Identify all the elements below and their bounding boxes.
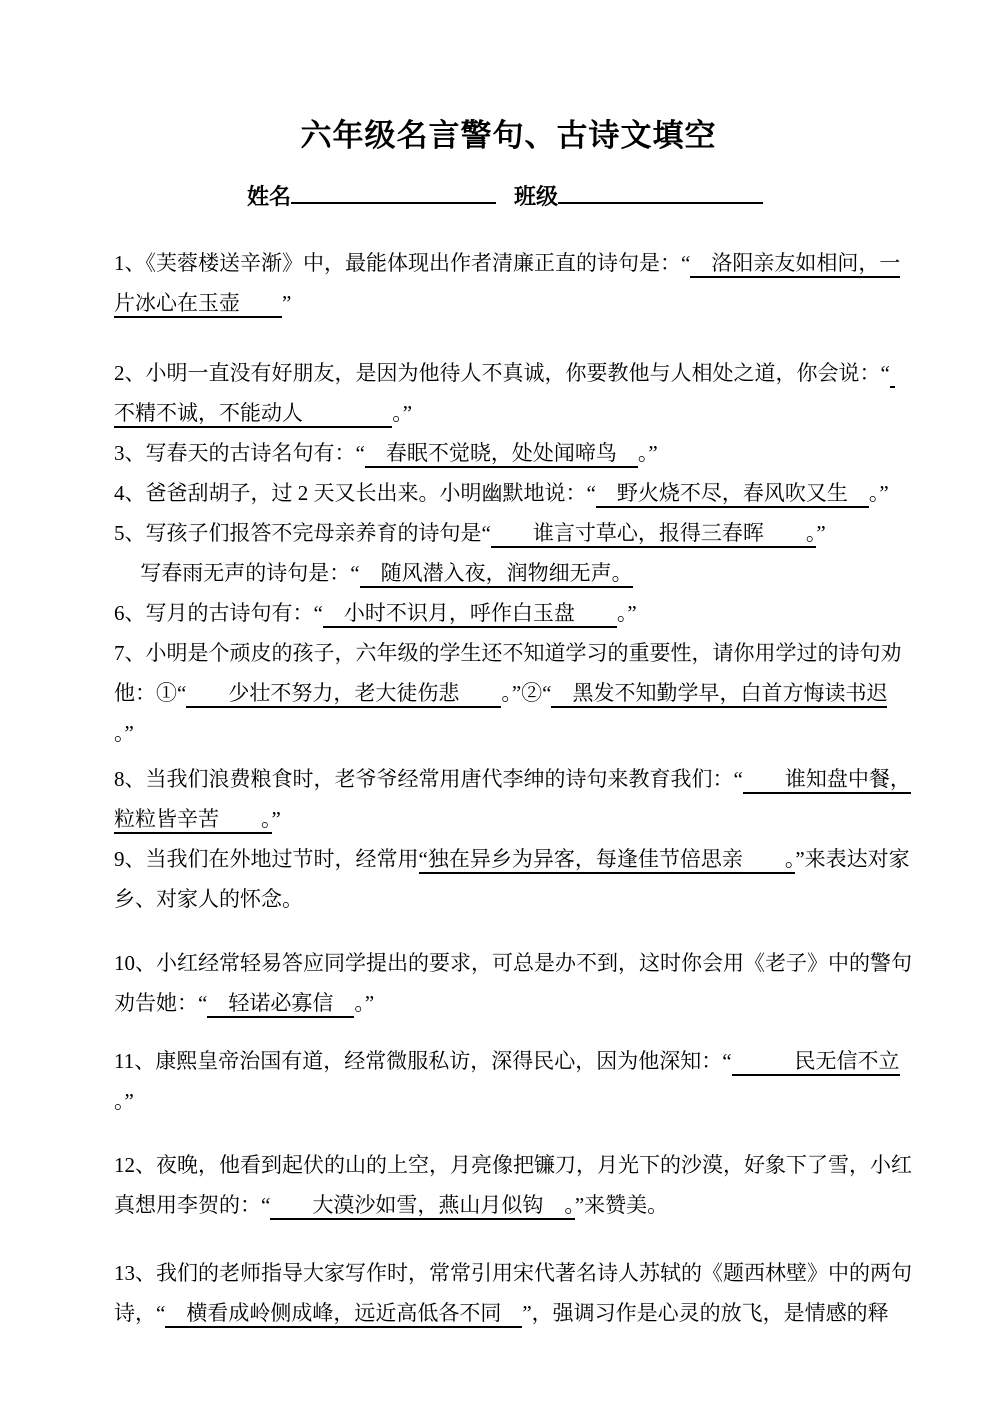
question-text: 12、夜晚，他看到起伏的山的上空，月亮像把镰刀，月光下的沙漠，好象下了雪，小红 (114, 1153, 912, 1177)
text-line: 6、写月的古诗句有：“ 小时不识月，呼作白玉盘 。” (114, 593, 903, 633)
answer-blank: 大漠沙如雪，燕山月似钩 。 (270, 1193, 575, 1220)
text-line: 。” (114, 713, 903, 753)
worksheet-item-2: 2、小明一直没有好朋友，是因为他待人不真诚，你要教他与人相处之道，你会说：“ 不… (114, 353, 903, 433)
answer-blank: 不精不诚，不能动人 (114, 401, 392, 428)
question-text: 7、小明是个顽皮的孩子，六年级的学生还不知道学习的重要性，请你用学过的诗句劝 (114, 641, 902, 665)
text-line: 。” (114, 1081, 903, 1121)
class-blank-line (558, 180, 763, 204)
question-text: 真想用李贺的：“ (114, 1193, 270, 1217)
text-line: 4、爸爸刮胡子，过 2 天又长出来。小明幽默地说：“ 野火烧不尽，春风吹又生 。… (114, 473, 903, 513)
worksheet-item-9: 9、当我们在外地过节时，经常用“独在异乡为异客，每逢佳节倍思亲 。”来表达对家乡… (114, 839, 903, 919)
worksheet-item-3: 3、写春天的古诗名句有：“ 春眠不觉晓，处处闻啼鸟 。” (114, 433, 903, 473)
answer-blank: 民无信不立 (732, 1049, 900, 1076)
answer-blank: 洛阳亲友如相问，一 (690, 251, 900, 278)
text-line: 10、小红经常轻易答应同学提出的要求，可总是办不到，这时你会用《老子》中的警句 (114, 943, 903, 983)
text-line: 劝告她：“ 轻诺必寡信 。” (114, 983, 903, 1023)
text-line: 3、写春天的古诗名句有：“ 春眠不觉晓，处处闻啼鸟 。” (114, 433, 903, 473)
question-text: 。” (114, 1089, 134, 1113)
text-line: 写春雨无声的诗句是：“ 随风潜入夜，润物细无声。 (114, 553, 903, 593)
text-line: 真想用李贺的：“ 大漠沙如雪，燕山月似钩 。”来赞美。 (114, 1185, 903, 1225)
question-text: 2、小明一直没有好朋友，是因为他待人不真诚，你要教他与人相处之道，你会说：“ (114, 361, 890, 385)
worksheet-content: 六年级名言警句、古诗文填空 姓名班级 1、《芙蓉楼送辛渐》中，最能体现出作者清廉… (0, 0, 993, 1333)
text-line: 1、《芙蓉楼送辛渐》中，最能体现出作者清廉正直的诗句是：“ 洛阳亲友如相问，一 (114, 243, 903, 283)
question-text: 。” (354, 991, 374, 1015)
question-text: ” (816, 521, 825, 545)
page-title: 六年级名言警句、古诗文填空 (114, 0, 903, 156)
worksheet-item-8: 8、当我们浪费粮食时，老爷爷经常用唐代李绅的诗句来教育我们：“ 谁知盘中餐，粒粒… (114, 759, 903, 839)
text-line: 他：①“ 少壮不努力，老大徒伤悲 。”②“ 黑发不知勤学早，白首方悔读书迟 (114, 673, 903, 713)
answer-blank (890, 361, 895, 388)
question-text: 3、写春天的古诗名句有：“ (114, 441, 365, 465)
class-label: 班级 (514, 184, 558, 209)
text-line: 片冰心在玉壶 ” (114, 283, 903, 323)
name-label: 姓名 (247, 184, 291, 209)
question-text: 。”②“ (501, 681, 551, 705)
question-text: 。” (617, 601, 637, 625)
text-line: 5、写孩子们报答不完母亲养育的诗句是“ 谁言寸草心，报得三春晖 。” (114, 513, 903, 553)
answer-blank: 轻诺必寡信 (207, 991, 354, 1018)
worksheet-item-7: 7、小明是个顽皮的孩子，六年级的学生还不知道学习的重要性，请你用学过的诗句劝他：… (114, 633, 903, 753)
question-text: 8、当我们浪费粮食时，老爷爷经常用唐代李绅的诗句来教育我们：“ (114, 767, 743, 791)
answer-blank: 谁言寸草心，报得三春晖 。 (491, 521, 817, 548)
answer-blank: 片冰心在玉壶 (114, 291, 282, 318)
worksheet-item-10: 10、小红经常轻易答应同学提出的要求，可总是办不到，这时你会用《老子》中的警句劝… (114, 943, 903, 1023)
text-line: 诗，“ 横看成岭侧成峰，远近高低各不同 ”，强调习作是心灵的放飞，是情感的释 (114, 1293, 903, 1333)
question-text: 11、康熙皇帝治国有道，经常微服私访，深得民心，因为他深知：“ (114, 1049, 732, 1073)
text-line: 7、小明是个顽皮的孩子，六年级的学生还不知道学习的重要性，请你用学过的诗句劝 (114, 633, 903, 673)
question-text: 。” (638, 441, 658, 465)
answer-blank: 随风潜入夜，润物细无声。 (360, 561, 633, 588)
question-text: ”来赞美。 (575, 1193, 668, 1217)
answer-blank: 春眠不觉晓，处处闻啼鸟 (365, 441, 638, 468)
question-text: 劝告她：“ (114, 991, 207, 1015)
worksheet-page: 六年级名言警句、古诗文填空 姓名班级 1、《芙蓉楼送辛渐》中，最能体现出作者清廉… (0, 0, 993, 1404)
text-line: 13、我们的老师指导大家写作时，常常引用宋代著名诗人苏轼的《题西林壁》中的两句 (114, 1253, 903, 1293)
worksheet-item-11: 11、康熙皇帝治国有道，经常微服私访，深得民心，因为他深知：“ 民无信不立。” (114, 1041, 903, 1121)
question-text: 4、爸爸刮胡子，过 2 天又长出来。小明幽默地说：“ (114, 481, 596, 505)
text-line: 乡、对家人的怀念。 (114, 879, 903, 919)
worksheet-items: 1、《芙蓉楼送辛渐》中，最能体现出作者清廉正直的诗句是：“ 洛阳亲友如相问，一片… (114, 243, 903, 1333)
text-line: 2、小明一直没有好朋友，是因为他待人不真诚，你要教他与人相处之道，你会说：“ (114, 353, 903, 393)
text-line: 8、当我们浪费粮食时，老爷爷经常用唐代李绅的诗句来教育我们：“ 谁知盘中餐， (114, 759, 903, 799)
question-text: 。” (114, 721, 134, 745)
question-text: ” (282, 291, 291, 315)
answer-blank: 粒粒皆辛苦 。 (114, 807, 272, 834)
text-line: 12、夜晚，他看到起伏的山的上空，月亮像把镰刀，月光下的沙漠，好象下了雪，小红 (114, 1145, 903, 1185)
text-line: 不精不诚，不能动人 。” (114, 393, 903, 433)
name-class-row: 姓名班级 (247, 180, 903, 211)
question-text: 9、当我们在外地过节时，经常用 (114, 847, 419, 871)
question-text: 。” (869, 481, 889, 505)
question-text: 。” (392, 401, 412, 425)
answer-blank: 小时不识月，呼作白玉盘 (323, 601, 617, 628)
question-text: 6、写月的古诗句有：“ (114, 601, 323, 625)
question-text: 他：①“ (114, 681, 186, 705)
question-text: ”，强调习作是心灵的放飞，是情感的释 (522, 1301, 888, 1325)
answer-blank: 野火烧不尽，春风吹又生 (596, 481, 869, 508)
answer-blank: 少壮不努力，老大徒伤悲 (186, 681, 501, 708)
question-text: 5、写孩子们报答不完母亲养育的诗句是“ (114, 521, 491, 545)
answer-blank: “独在异乡为异客，每逢佳节倍思亲 。 (419, 847, 796, 874)
question-text: 1、《芙蓉楼送辛渐》中，最能体现出作者清廉正直的诗句是：“ (114, 251, 690, 275)
text-line: 粒粒皆辛苦 。” (114, 799, 903, 839)
question-text: 10、小红经常轻易答应同学提出的要求，可总是办不到，这时你会用《老子》中的警句 (114, 951, 912, 975)
question-text: ” (272, 807, 281, 831)
text-line: 9、当我们在外地过节时，经常用“独在异乡为异客，每逢佳节倍思亲 。”来表达对家 (114, 839, 903, 879)
answer-blank: 横看成岭侧成峰，远近高低各不同 (165, 1301, 522, 1328)
worksheet-item-12: 12、夜晚，他看到起伏的山的上空，月亮像把镰刀，月光下的沙漠，好象下了雪，小红真… (114, 1145, 903, 1225)
question-text: 写春雨无声的诗句是：“ (114, 561, 360, 585)
question-text: ”来表达对家 (795, 847, 909, 871)
worksheet-item-13: 13、我们的老师指导大家写作时，常常引用宋代著名诗人苏轼的《题西林壁》中的两句诗… (114, 1253, 903, 1333)
answer-blank: 谁知盘中餐， (743, 767, 911, 794)
question-text: 诗，“ (114, 1301, 165, 1325)
question-text: 13、我们的老师指导大家写作时，常常引用宋代著名诗人苏轼的《题西林壁》中的两句 (114, 1261, 912, 1285)
text-line: 11、康熙皇帝治国有道，经常微服私访，深得民心，因为他深知：“ 民无信不立 (114, 1041, 903, 1081)
worksheet-item-6: 6、写月的古诗句有：“ 小时不识月，呼作白玉盘 。” (114, 593, 903, 633)
worksheet-item-5: 5、写孩子们报答不完母亲养育的诗句是“ 谁言寸草心，报得三春晖 。” 写春雨无声… (114, 513, 903, 593)
answer-blank: 黑发不知勤学早，白首方悔读书迟 (551, 681, 887, 708)
worksheet-item-4: 4、爸爸刮胡子，过 2 天又长出来。小明幽默地说：“ 野火烧不尽，春风吹又生 。… (114, 473, 903, 513)
name-blank-line (291, 180, 496, 204)
question-text: 乡、对家人的怀念。 (114, 887, 303, 911)
worksheet-item-1: 1、《芙蓉楼送辛渐》中，最能体现出作者清廉正直的诗句是：“ 洛阳亲友如相问，一片… (114, 243, 903, 323)
